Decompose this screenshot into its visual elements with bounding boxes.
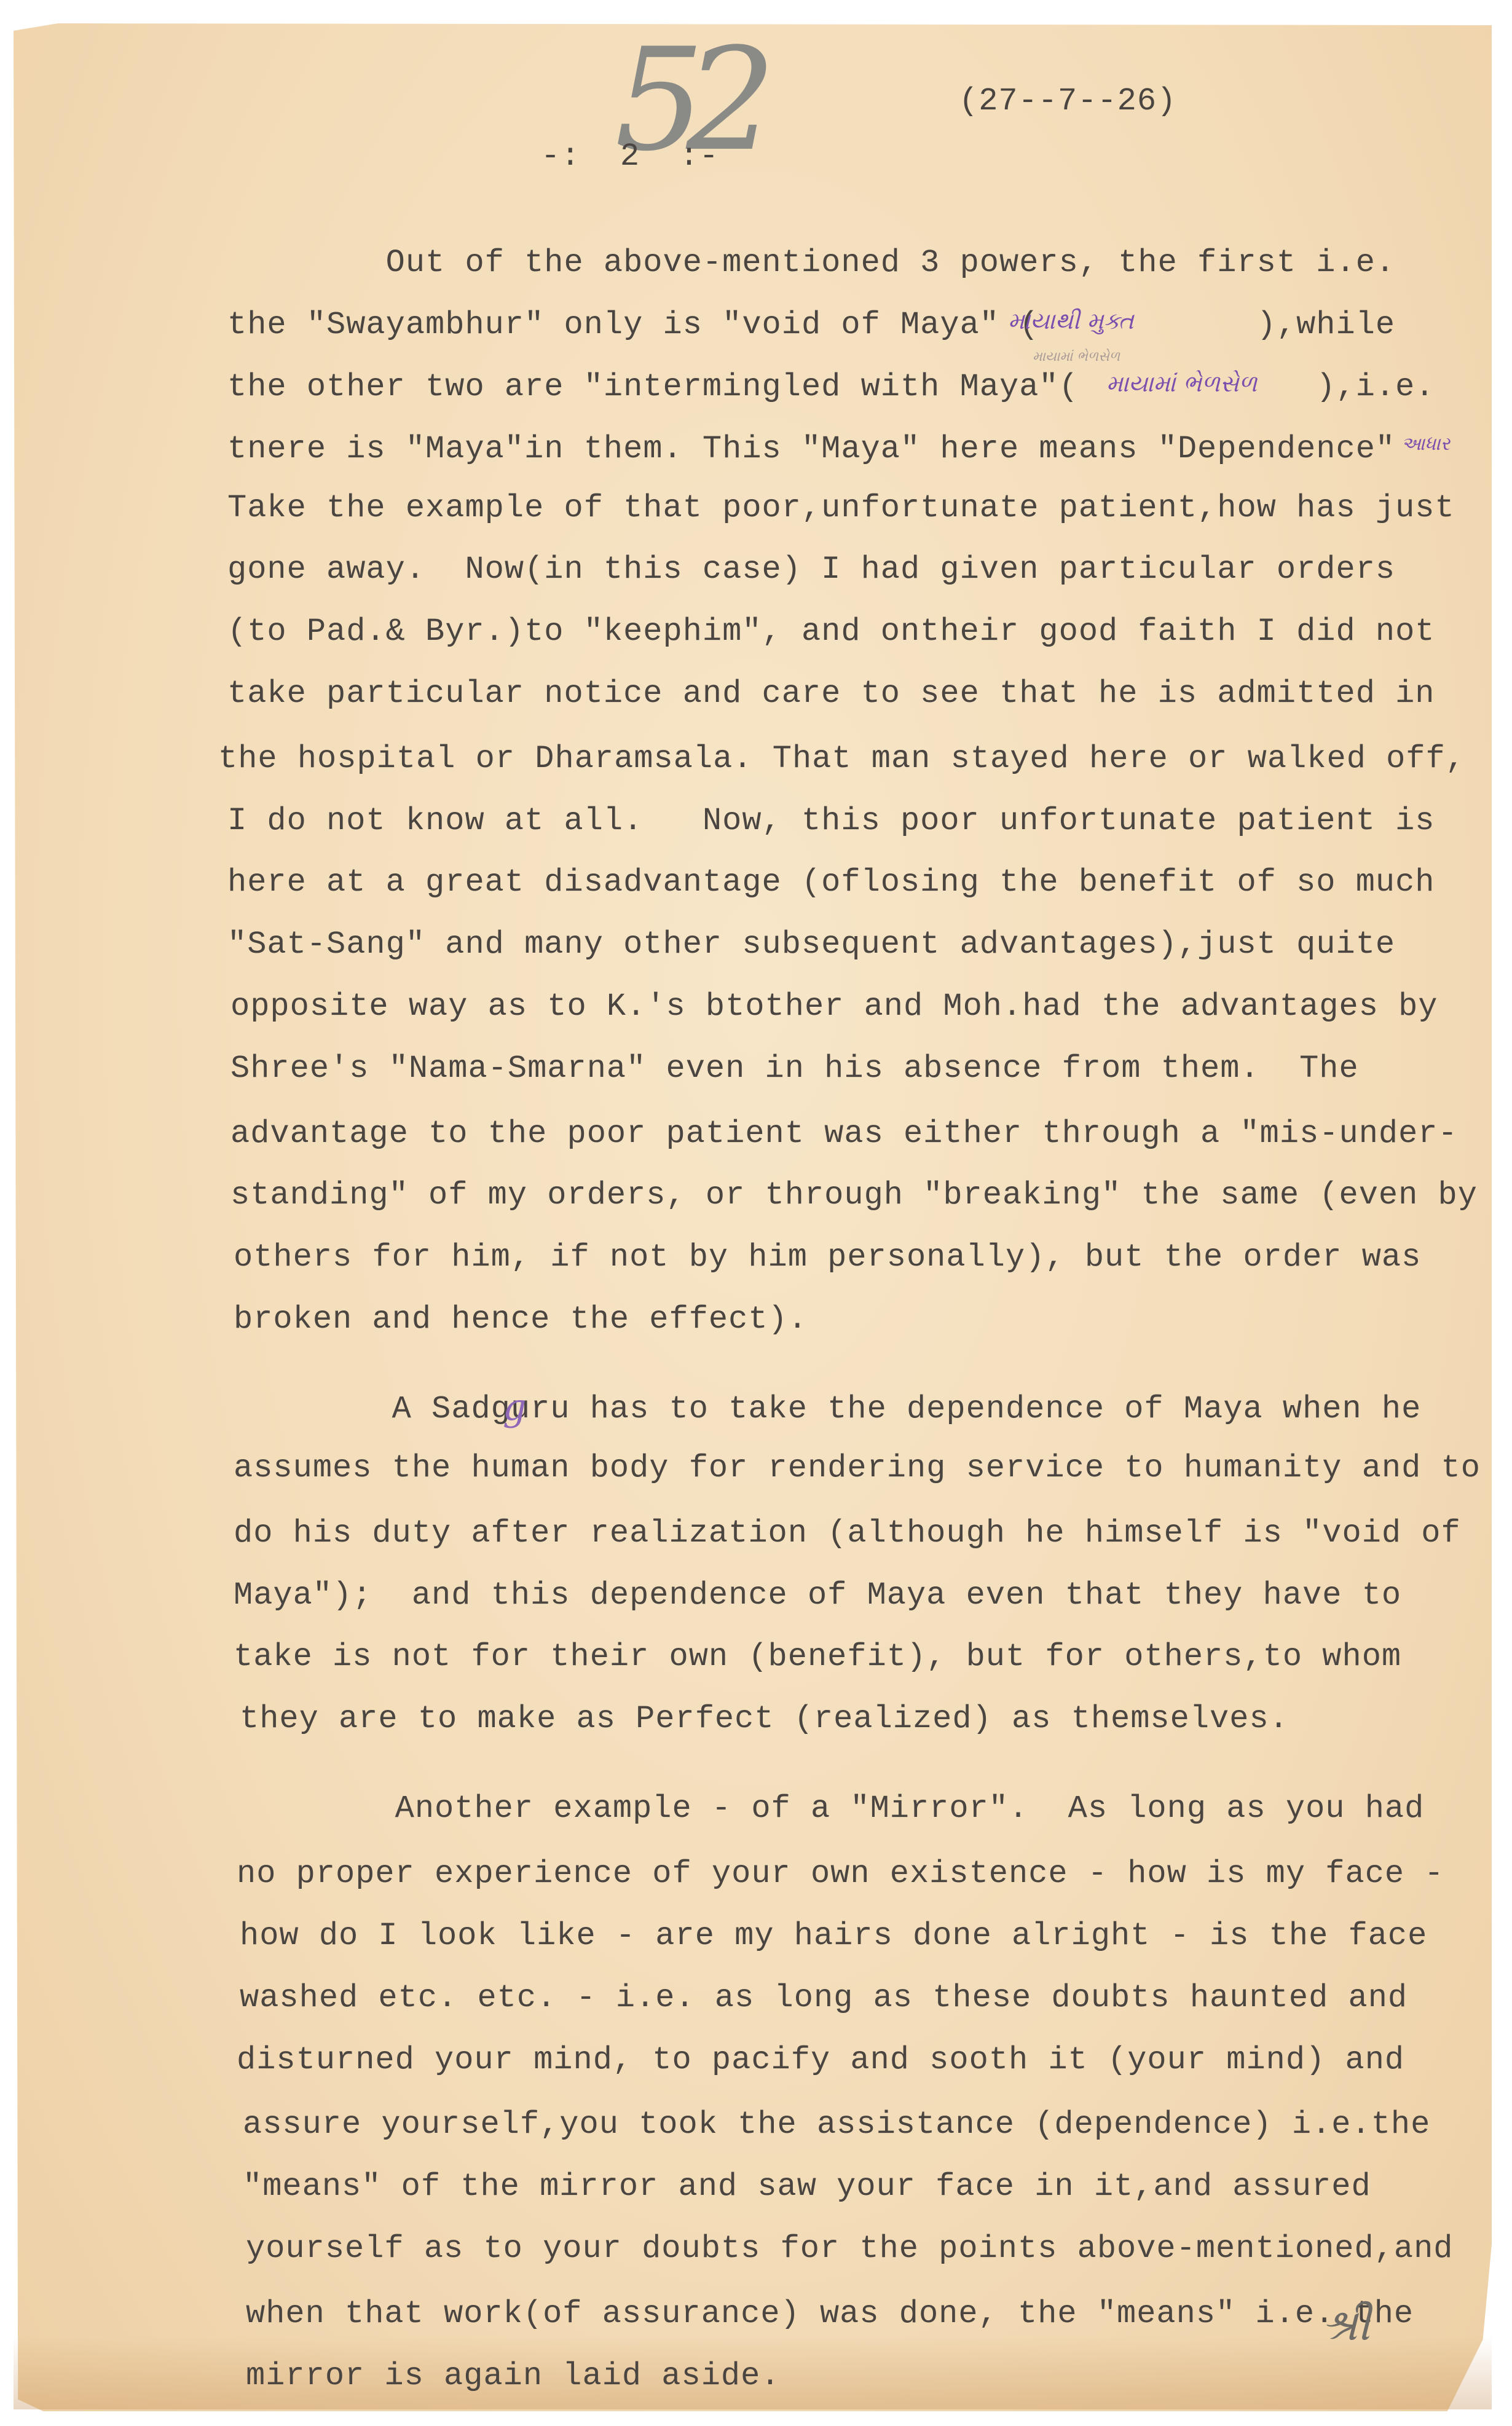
text-line: how do I look like - are my hairs done a…: [240, 1918, 1427, 1955]
text-line: A Sadguru has to take the dependence of …: [234, 1391, 1421, 1428]
text-line: assumes the human body for rendering ser…: [234, 1450, 1481, 1487]
text-line: they are to make as Perfect (realized) a…: [240, 1701, 1289, 1738]
text-line: when that work(of assurance) was done, t…: [246, 2296, 1414, 2333]
text-line: Maya"); and this dependence of Maya even…: [234, 1577, 1401, 1614]
text-line: opposite way as to K.'s btother and Moh.…: [230, 988, 1438, 1025]
text-line: advantage to the poor patient was either…: [230, 1116, 1458, 1152]
text-line: "means" of the mirror and saw your face …: [243, 2168, 1371, 2205]
annotation-intermingled: માયામાં ભેળસેળ: [1106, 370, 1257, 398]
text-line: disturned your mind, to pacify and sooth…: [237, 2042, 1404, 2079]
text-line: no proper experience of your own existen…: [237, 1856, 1444, 1892]
text-line: Shree's "Nama-Smarna" even in his absenc…: [230, 1050, 1359, 1087]
text-line: I do not know at all. Now, this poor unf…: [227, 803, 1435, 840]
text-line: do his duty after realization (although …: [234, 1515, 1461, 1552]
text-line: assure yourself,you took the assistance …: [243, 2106, 1430, 2143]
annotation-void-of-maya: માયાથી મુક્ત: [1008, 307, 1134, 335]
text-line: broken and hence the effect).: [234, 1301, 808, 1338]
annotation-intermingled-faint: માયામાં ભેળસેળ: [1033, 349, 1120, 364]
annotation-sadguru-correction: g: [503, 1386, 526, 1429]
text-line: Another example - of a "Mirror". As long…: [237, 1790, 1424, 1827]
text-line: standing" of my orders, or through "brea…: [230, 1177, 1478, 1214]
text-line: take particular notice and care to see t…: [227, 675, 1435, 712]
page-label: -: 2 :-: [541, 138, 719, 175]
text-line: (to Pad.& Byr.)to "keephim", and ontheir…: [227, 613, 1435, 650]
text-line: "Sat-Sang" and many other subsequent adv…: [227, 926, 1395, 963]
text-line: yourself as to your doubts for the point…: [246, 2231, 1454, 2267]
text-line: the hospital or Dharamsala. That man sta…: [218, 741, 1465, 778]
bottom-handwritten-mark: શ્રી: [1321, 2299, 1370, 2352]
text-line: the "Swayambhur" only is "void of Maya" …: [227, 307, 1395, 344]
document-date: (27--7--26): [959, 83, 1176, 120]
text-line: take is not for their own (benefit), but…: [234, 1639, 1401, 1676]
text-line: mirror is again laid aside.: [246, 2358, 781, 2395]
text-line: here at a great disadvantage (oflosing t…: [227, 864, 1435, 901]
text-line: tnere is "Maya"in them. This "Maya" here…: [227, 431, 1395, 468]
text-line: others for him, if not by him personally…: [234, 1239, 1421, 1276]
text-line: gone away. Now(in this case) I had given…: [227, 551, 1395, 588]
text-line: washed etc. etc. - i.e. as long as these…: [240, 1980, 1408, 2017]
annotation-dependence: આધાર: [1401, 433, 1450, 455]
text-line: Out of the above-mentioned 3 powers, the…: [227, 245, 1395, 282]
text-line: Take the example of that poor,unfortunat…: [227, 490, 1455, 527]
